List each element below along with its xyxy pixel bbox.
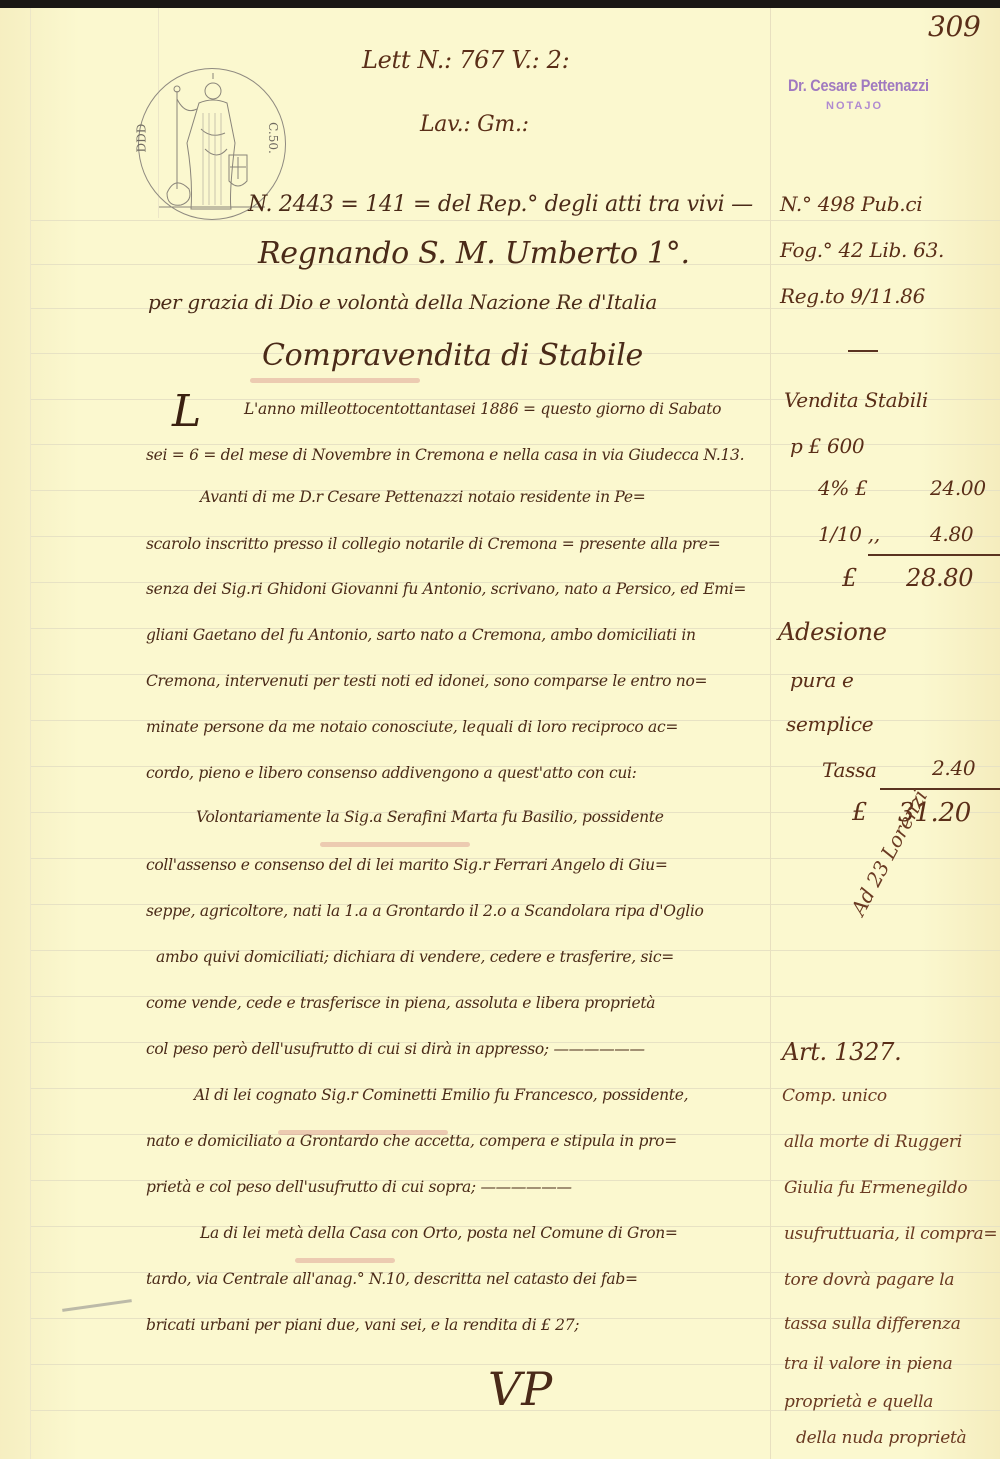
right-margin-rule bbox=[770, 8, 771, 1459]
fee-label: 1/10 ,, bbox=[818, 522, 880, 546]
margin-registration: Reg.to 9/11.86 bbox=[780, 284, 925, 308]
margin-note-line: usufruttuaria, il compra= bbox=[784, 1224, 997, 1244]
seal-left-text: DDD bbox=[134, 124, 148, 153]
body-line: sei = 6 = del mese di Novembre in Cremon… bbox=[146, 446, 744, 464]
body-line: col peso però dell'usufrutto di cui si d… bbox=[146, 1040, 645, 1058]
body-line: nato e domiciliato a Grontardo che accet… bbox=[146, 1132, 677, 1150]
body-line: Avanti di me D.r Cesare Pettenazzi notai… bbox=[200, 488, 645, 506]
notary-stamp-title: NOTAJO bbox=[826, 100, 883, 112]
document-page: DDD C.50. Lett N.: 767 V.: 2: Lav.: Gm.:… bbox=[0, 8, 1000, 1459]
deed-reference: N. 2443 = 141 = del Rep.° degli atti tra… bbox=[248, 192, 753, 217]
tax-sum-line bbox=[880, 788, 1000, 790]
margin-registration: Fog.° 42 Lib. 63. bbox=[780, 238, 944, 262]
total-label: £ bbox=[852, 798, 867, 826]
margin-article: Art. 1327. bbox=[782, 1038, 901, 1066]
dropcap-L: L bbox=[172, 386, 201, 437]
tax-label: Tassa bbox=[822, 758, 877, 782]
body-line: scarolo inscritto presso il collegio not… bbox=[146, 535, 720, 553]
body-line: senza dei Sig.ri Ghidoni Giovanni fu Ant… bbox=[146, 580, 746, 598]
margin-note-line: alla morte di Ruggeri bbox=[784, 1132, 962, 1152]
margin-note-line: della nuda proprietà bbox=[796, 1428, 966, 1448]
top-annotation-line2: Lav.: Gm.: bbox=[420, 112, 529, 137]
body-line: bricati urbani per piani due, vani sei, … bbox=[146, 1316, 579, 1334]
margin-adhesion: Adesione bbox=[778, 618, 887, 646]
body-line: La di lei metà della Casa con Orto, post… bbox=[200, 1224, 678, 1242]
margin-note-line: Giulia fu Ermenegildo bbox=[784, 1178, 967, 1198]
tax-value: 2.40 bbox=[932, 756, 975, 780]
notary-stamp-name: Dr. Cesare Pettenazzi bbox=[788, 76, 929, 96]
initials: VP bbox=[488, 1362, 552, 1416]
fee-label: 4% £ bbox=[818, 476, 868, 500]
fee-sum-line bbox=[868, 554, 1000, 556]
ruled-line bbox=[30, 220, 1000, 221]
reign-line: Regnando S. M. Umberto 1°. bbox=[258, 236, 690, 271]
margin-note-line: Comp. unico bbox=[782, 1086, 887, 1106]
page-number: 309 bbox=[928, 10, 981, 43]
margin-registration: N.° 498 Pub.ci bbox=[780, 192, 922, 216]
body-line: ambo quivi domiciliati; dichiara di vend… bbox=[156, 948, 674, 966]
left-margin-rule bbox=[30, 8, 31, 1459]
pencil-mark bbox=[62, 1299, 132, 1312]
red-pencil-mark bbox=[250, 378, 420, 383]
margin-note-line: proprietà e quella bbox=[784, 1392, 933, 1412]
body-line: gliani Gaetano del fu Antonio, sarto nat… bbox=[146, 626, 696, 644]
body-line: minate persone da me notaio conosciute, … bbox=[146, 718, 678, 736]
document-title: Compravendita di Stabile bbox=[262, 338, 643, 373]
body-line: come vende, cede e trasferisce in piena,… bbox=[146, 994, 655, 1012]
red-pencil-mark bbox=[295, 1258, 395, 1263]
grace-line: per grazia di Dio e volontà della Nazion… bbox=[148, 290, 657, 314]
body-line: tardo, via Centrale all'anag.° N.10, des… bbox=[146, 1270, 638, 1288]
fee-label: £ bbox=[842, 564, 857, 592]
margin-sale-price: p £ 600 bbox=[790, 434, 864, 458]
body-line: coll'assenso e consenso del di lei marit… bbox=[146, 856, 668, 874]
fee-value: 4.80 bbox=[930, 522, 973, 546]
body-line: L'anno milleottocentottantasei 1886 = qu… bbox=[244, 400, 721, 418]
margin-dash bbox=[848, 350, 878, 352]
margin-adhesion: pura e bbox=[790, 668, 854, 692]
fee-value: 24.00 bbox=[930, 476, 986, 500]
margin-sale: Vendita Stabili bbox=[784, 388, 928, 412]
seal-value-text: C.50. bbox=[266, 122, 280, 154]
red-pencil-mark bbox=[320, 842, 470, 847]
body-line: Volontariamente la Sig.a Serafini Marta … bbox=[196, 808, 664, 826]
body-line: Cremona, intervenuti per testi noti ed i… bbox=[146, 672, 707, 690]
margin-note-line: tore dovrà pagare la bbox=[784, 1270, 954, 1290]
margin-adhesion: semplice bbox=[786, 712, 873, 736]
fee-value: 28.80 bbox=[906, 564, 973, 592]
top-annotation-line1: Lett N.: 767 V.: 2: bbox=[362, 46, 569, 74]
body-line: seppe, agricoltore, nati la 1.a a Gronta… bbox=[146, 902, 704, 920]
body-line: prietà e col peso dell'usufrutto di cui … bbox=[146, 1178, 572, 1196]
margin-note-line: tra il valore in piena bbox=[784, 1354, 952, 1374]
body-line: cordo, pieno e libero consenso addivengo… bbox=[146, 764, 637, 782]
margin-note-line: tassa sulla differenza bbox=[784, 1314, 961, 1334]
body-line: Al di lei cognato Sig.r Cominetti Emilio… bbox=[194, 1086, 688, 1104]
